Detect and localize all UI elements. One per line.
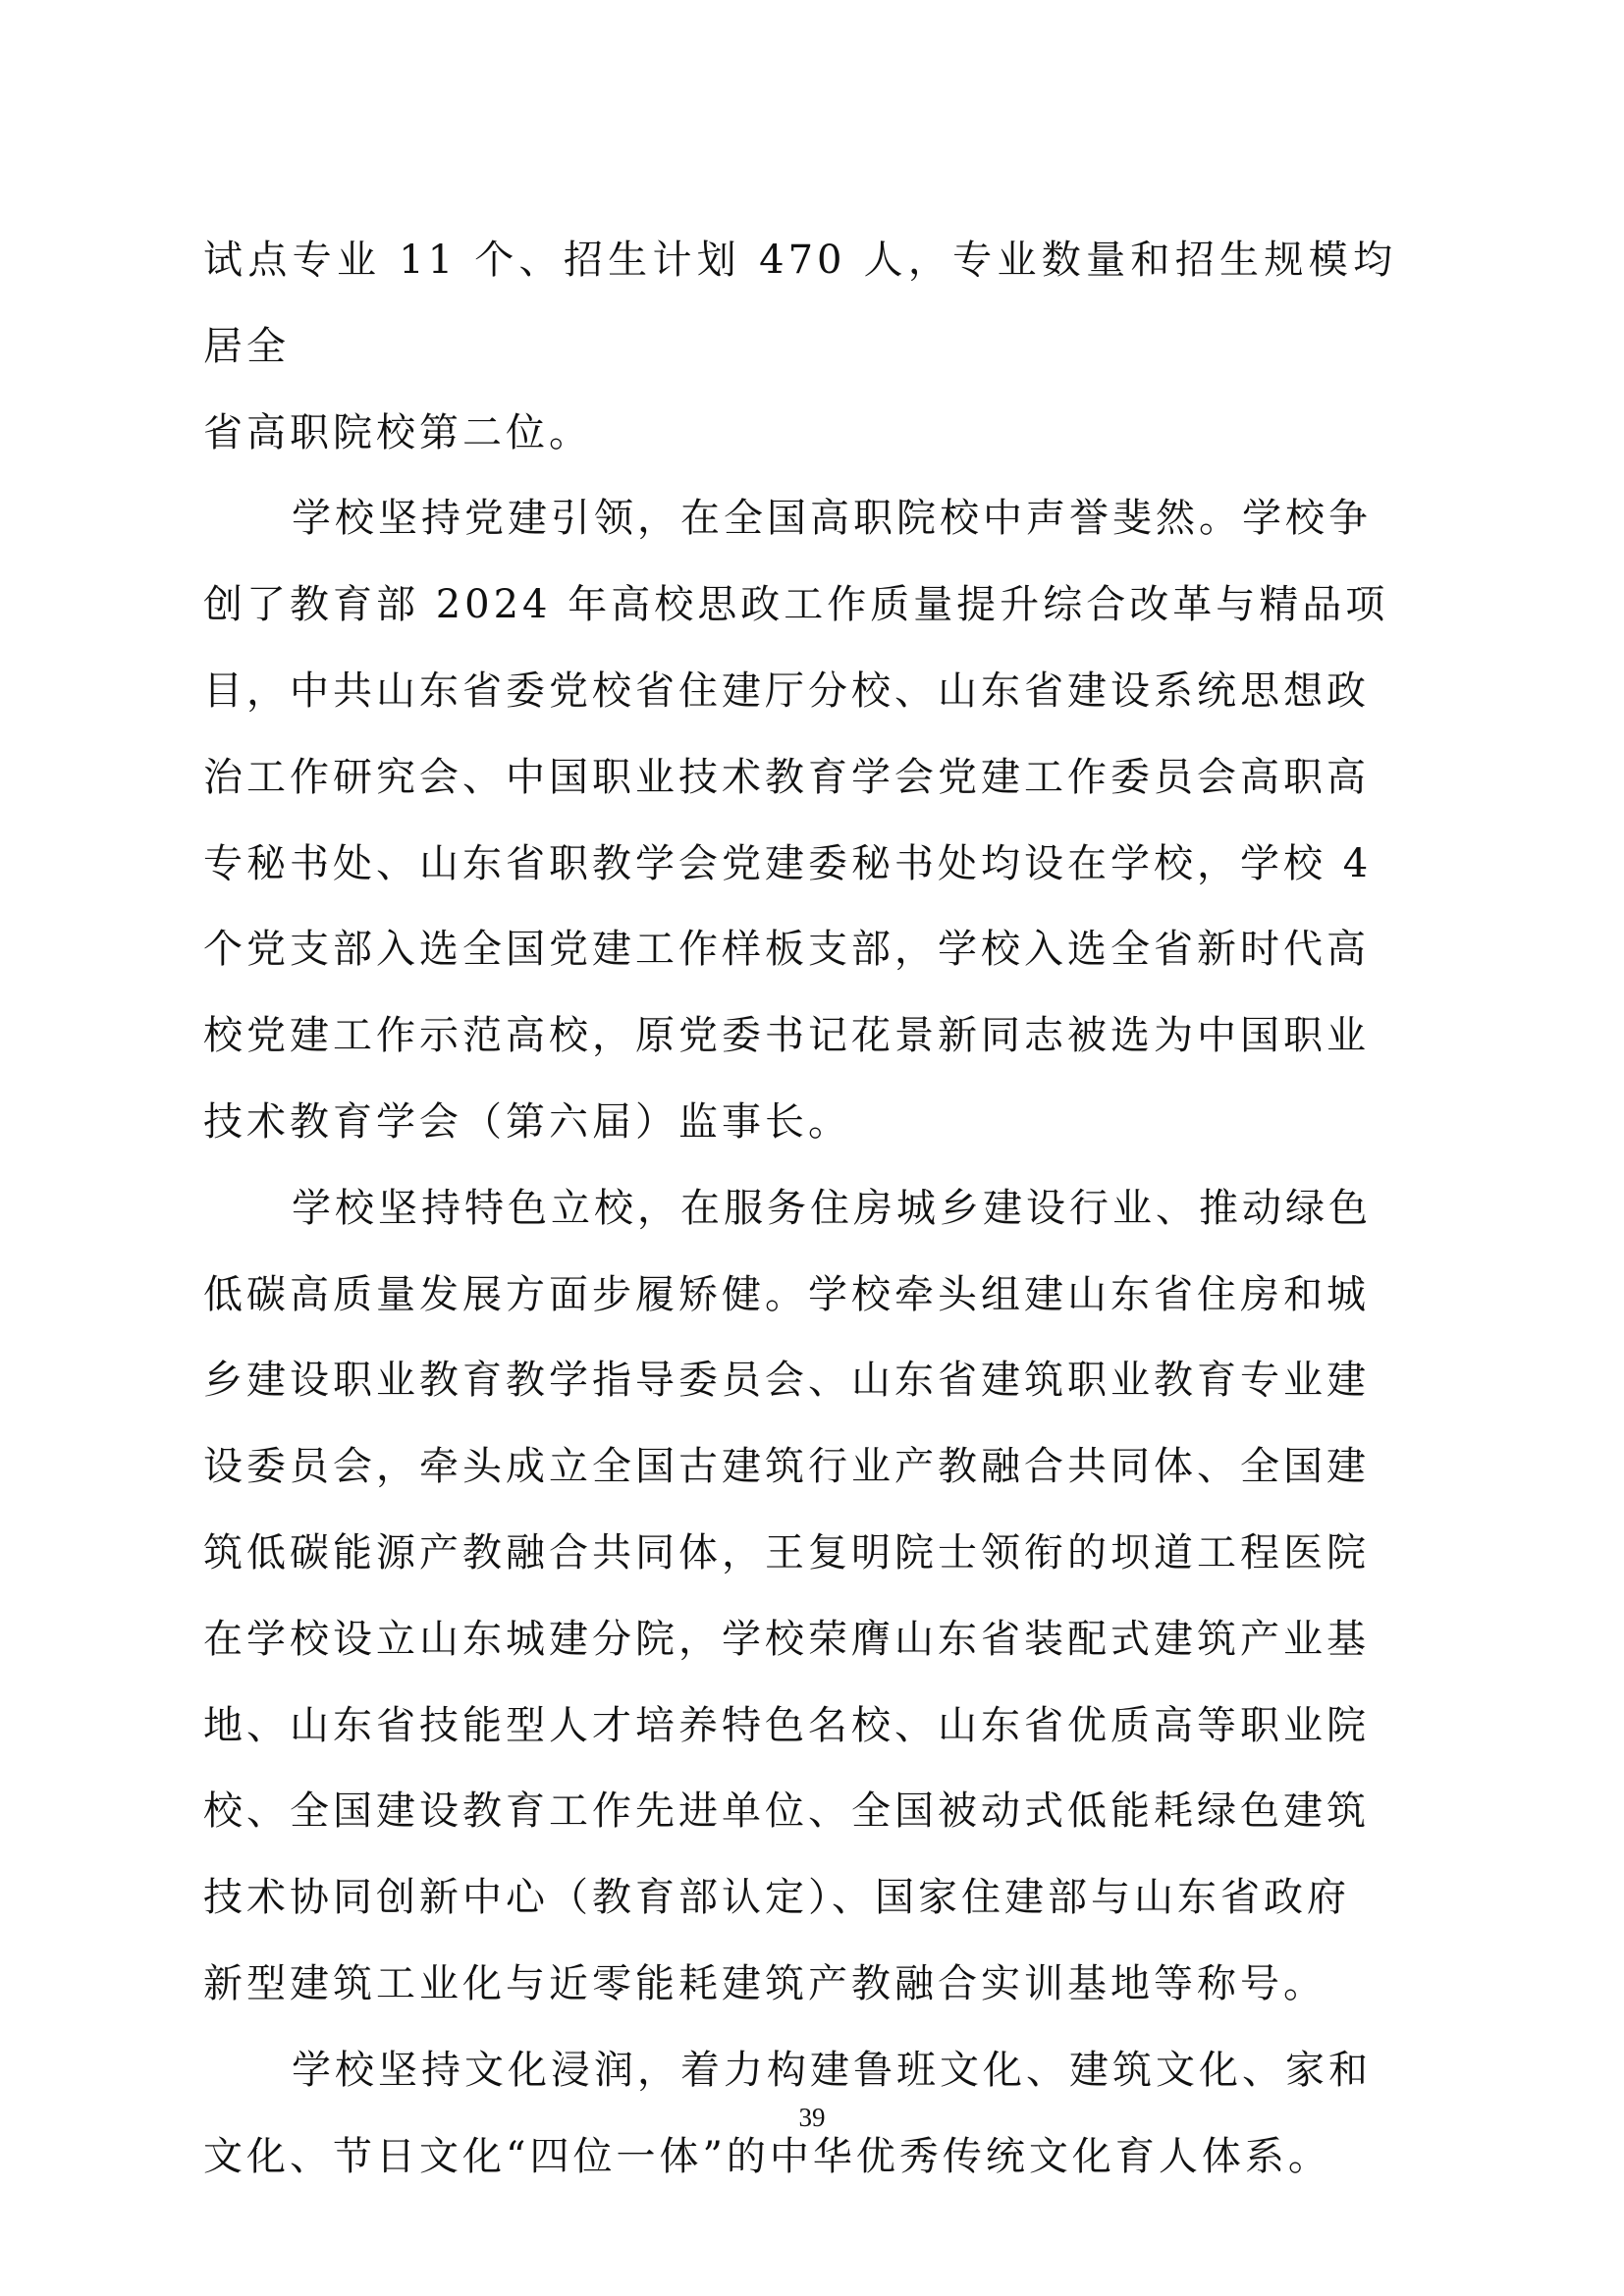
line-22: 文化、节日文化“四位一体”的中华优秀传统文化育人体系。 xyxy=(203,2134,1331,2179)
line-5: 目，中共山东省委党校省住建厅分校、山东省建设系统思想政 xyxy=(203,668,1370,714)
line-2: 省高职院校第二位。 xyxy=(203,410,592,455)
line-13: 乡建设职业教育教学指导委员会、山东省建筑职业教育专业建 xyxy=(203,1358,1370,1403)
line-14: 设委员会，牵头成立全国古建筑行业产教融合共同体、全国建 xyxy=(203,1444,1370,1489)
paragraph-2: 学校坚持党建引领，在全国高职院校中声誉斐然。学校争 创了教育部 2024 年高校… xyxy=(203,476,1396,1165)
line-6: 治工作研究会、中国职业技术教育学会党建工作委员会高职高 xyxy=(203,755,1370,800)
line-21: 学校坚持文化浸润，着力构建鲁班文化、建筑文化、家和 xyxy=(292,2048,1372,2093)
line-3: 学校坚持党建引领，在全国高职院校中声誉斐然。学校争 xyxy=(292,496,1372,541)
line-1: 试点专业 11 个、招生计划 470 人，专业数量和招生规模均居全 xyxy=(203,238,1396,369)
line-17: 地、山东省技能型人才培养特色名校、山东省优质高等职业院 xyxy=(203,1703,1370,1748)
paragraph-1: 试点专业 11 个、招生计划 470 人，专业数量和招生规模均居全 省高职院校第… xyxy=(203,218,1396,476)
line-10: 技术教育学会（第六届）监事长。 xyxy=(203,1099,851,1145)
line-18: 校、全国建设教育工作先进单位、全国被动式低能耗绿色建筑 xyxy=(203,1789,1370,1834)
line-7: 专秘书处、山东省职教学会党建委秘书处均设在学校，学校 4 xyxy=(203,841,1372,886)
paragraph-3: 学校坚持特色立校，在服务住房城乡建设行业、推动绿色 低碳高质量发展方面步履矫健。… xyxy=(203,1166,1396,2028)
page-number: 39 xyxy=(0,2103,1624,2133)
line-19: 技术协同创新中心（教育部认定）、国家住建部与山东省政府 xyxy=(203,1875,1350,1920)
line-16: 在学校设立山东城建分院，学校荣膺山东省装配式建筑产业基 xyxy=(203,1617,1370,1662)
line-20: 新型建筑工业化与近零能耗建筑产教融合实训基地等称号。 xyxy=(203,1961,1326,2006)
line-4: 创了教育部 2024 年高校思政工作质量提升综合改革与精品项 xyxy=(203,582,1388,627)
document-page: 试点专业 11 个、招生计划 470 人，专业数量和招生规模均居全 省高职院校第… xyxy=(0,0,1624,2296)
line-12: 低碳高质量发展方面步履矫健。学校牵头组建山东省住房和城 xyxy=(203,1272,1370,1317)
line-8: 个党支部入选全国党建工作样板支部，学校入选全省新时代高 xyxy=(203,927,1370,972)
body-text: 试点专业 11 个、招生计划 470 人，专业数量和招生规模均居全 省高职院校第… xyxy=(203,218,1396,2200)
line-15: 筑低碳能源产教融合共同体，王复明院士领衔的坝道工程医院 xyxy=(203,1530,1370,1575)
line-9: 校党建工作示范高校，原党委书记花景新同志被选为中国职业 xyxy=(203,1013,1370,1058)
line-11: 学校坚持特色立校，在服务住房城乡建设行业、推动绿色 xyxy=(292,1186,1372,1231)
